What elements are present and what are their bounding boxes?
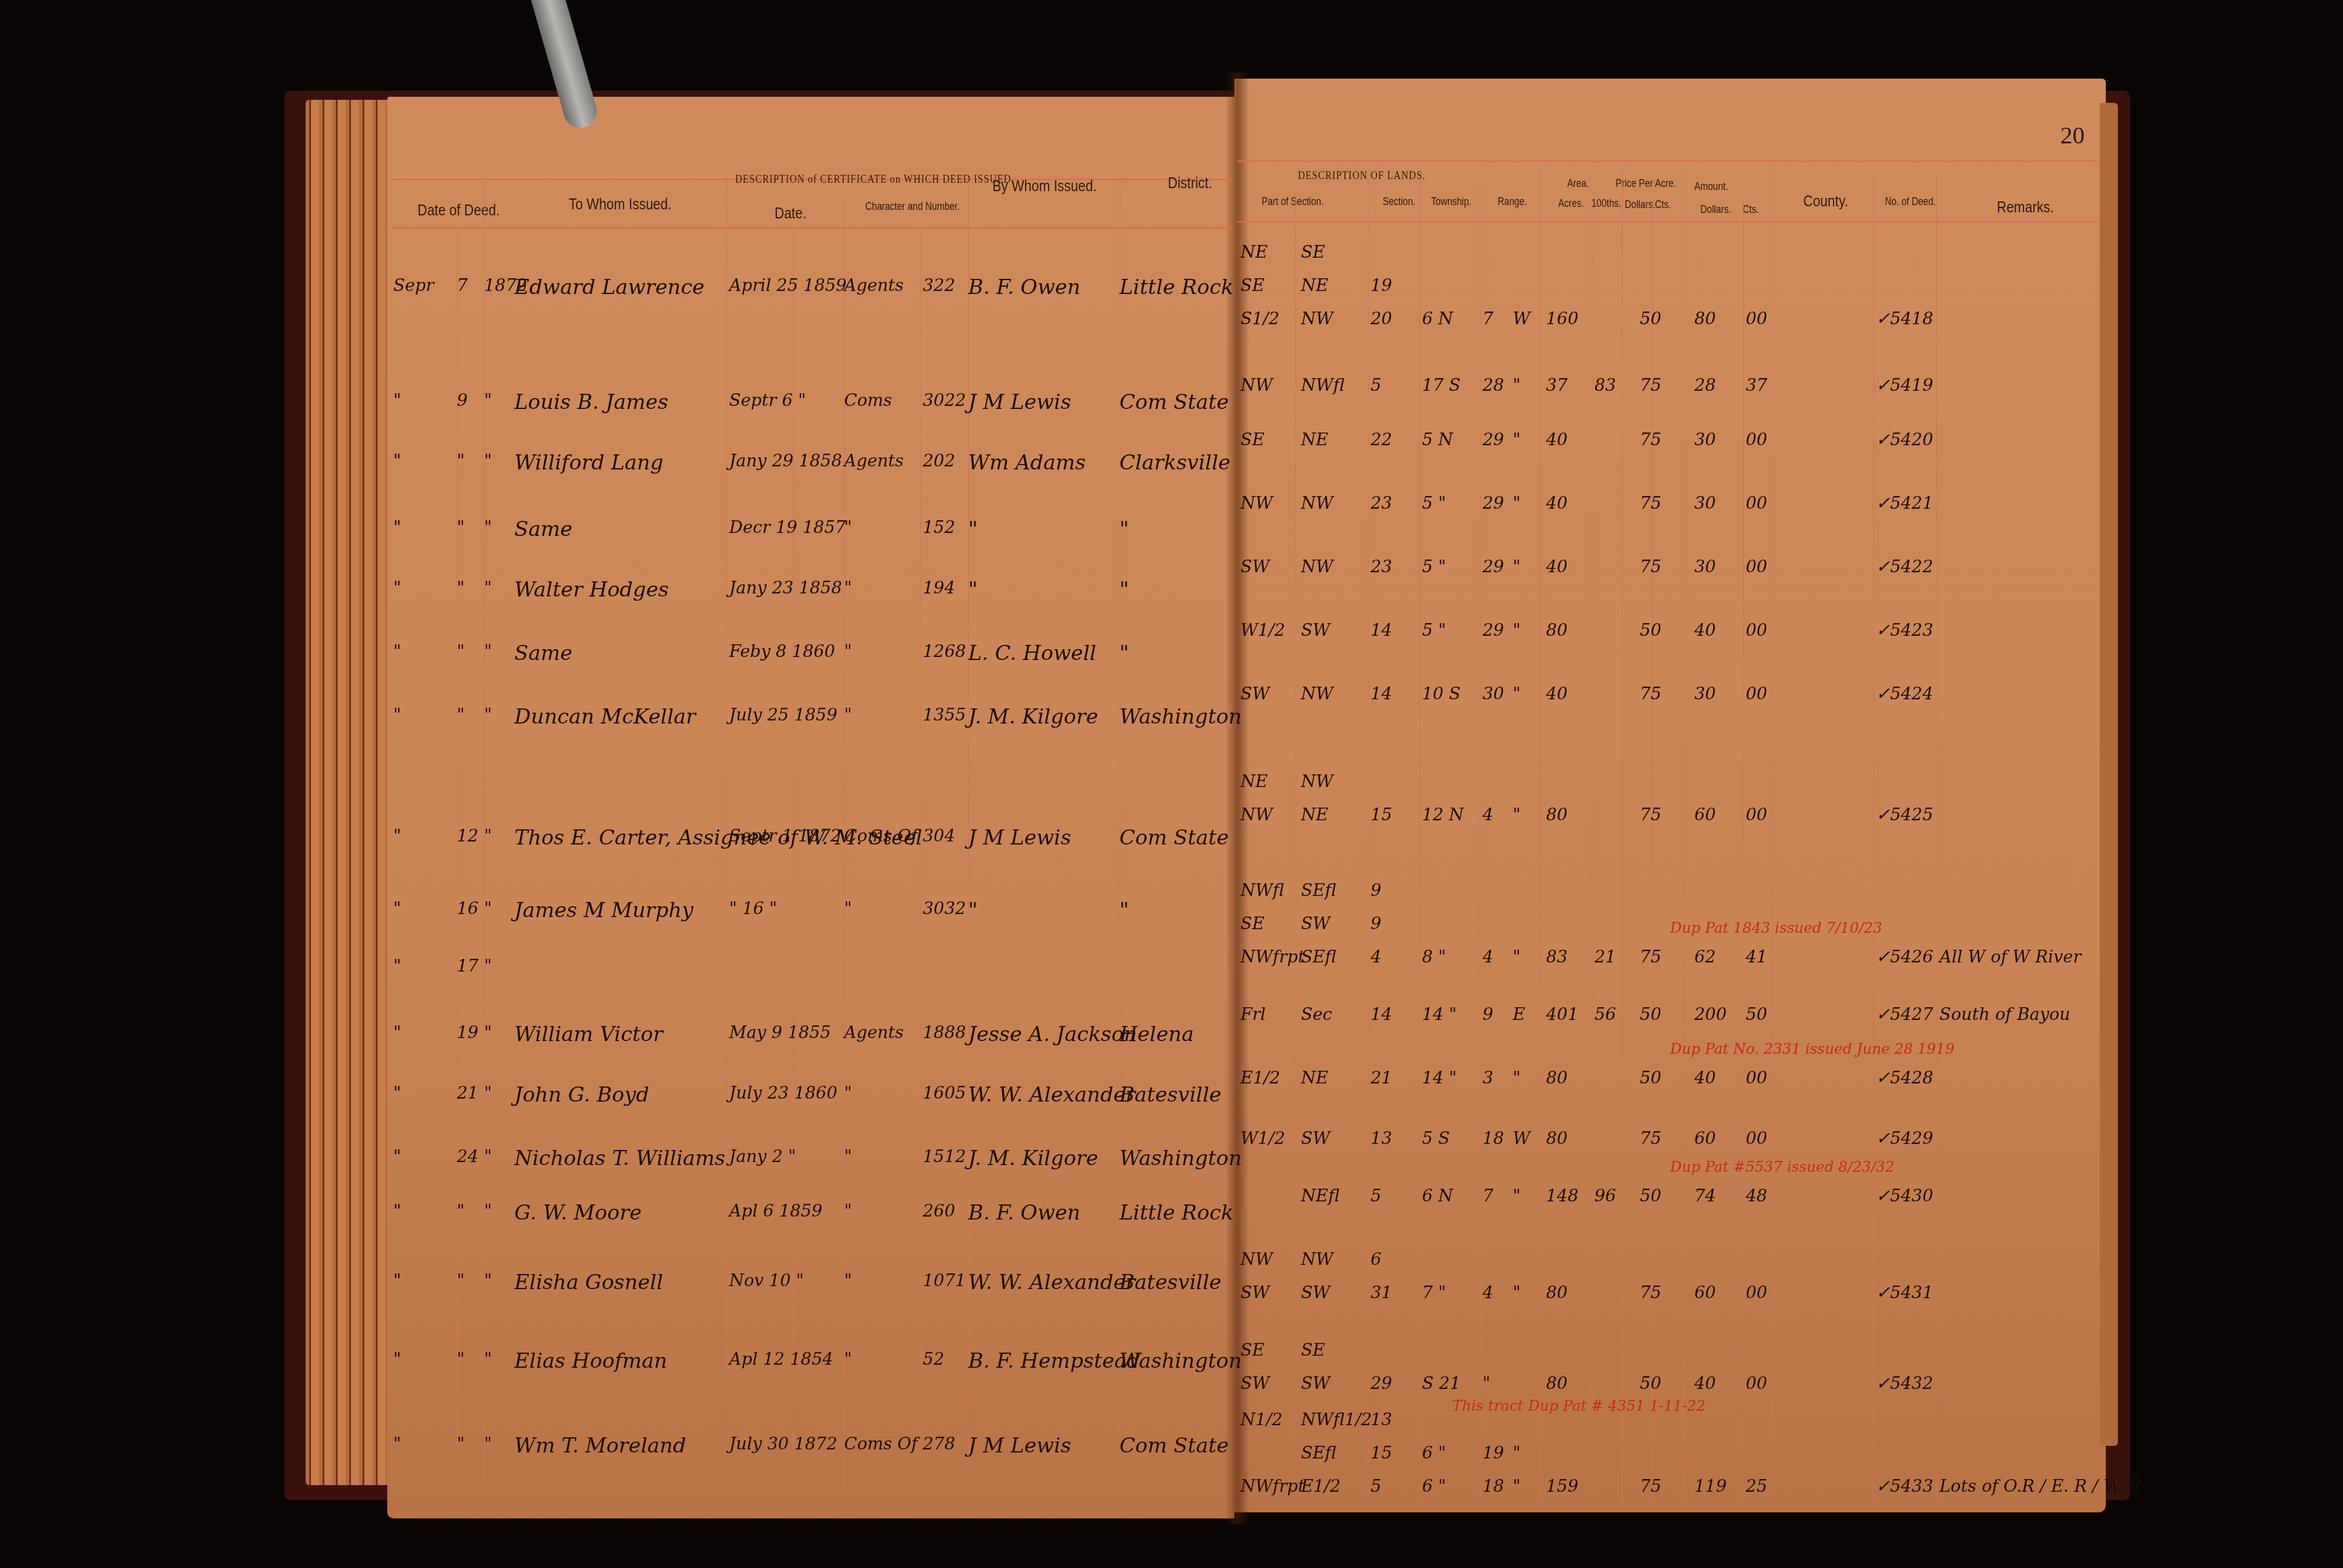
cell-land-part: E [1513,1004,1525,1024]
cell-year: " [484,517,492,537]
cell-name: Louis B. James [514,390,668,414]
cell-land-part: " [1513,493,1521,513]
cell-amount-dollars: 62 [1694,947,1716,967]
cell-amount-cents: 00 [1746,1373,1768,1393]
cell-acres: 40 [1546,430,1568,449]
cell-issued-by: " [968,898,978,923]
cell-amount-dollars: 30 [1694,493,1716,513]
cell-name: Nicholas T. Williams [514,1146,726,1171]
cell-character: " [844,578,852,598]
cell-land-part: 30 [1483,684,1504,704]
cell-land-part: SW [1240,557,1270,577]
cell-land-part: NWfl1/2 [1301,1410,1372,1429]
cell-issued-by: L. C. Howell [968,641,1096,665]
cell-land-part: 15 [1371,1443,1392,1463]
cell-amount-cents: 37 [1746,375,1768,395]
header-by-whom-issued: By Whom Issued. [992,177,1096,195]
cell-land-part: 6 " [1422,1443,1446,1463]
cell-day: " [457,705,465,725]
cell-land-part: 4 [1483,947,1493,967]
left-page [387,97,1234,1518]
cell-issued-by: B. F. Hempstead [968,1349,1140,1373]
cell-number: 1512 [923,1146,966,1166]
cell-character: Agents [844,451,903,471]
cell-land-part: 6 N [1422,309,1453,328]
cell-land-part: 19 [1371,275,1392,295]
cell-number: 3032 [923,898,966,918]
cell-day: " [457,451,465,471]
cell-land-part: " [1513,620,1521,640]
cell-land-part: 6 N [1422,1186,1453,1206]
cell-number: 1355 [923,705,966,725]
cell-issued-by: W. W. Alexander [968,1270,1135,1295]
cell-issued-by: J. M. Kilgore [968,705,1098,729]
header-range: Range. [1498,195,1527,207]
cell-land-part: 4 [1483,1282,1493,1302]
cell-amount-dollars: 80 [1694,309,1716,328]
cell-character: " [844,1083,852,1103]
cell-land-part: NW [1301,771,1333,791]
cell-cert-date: Septr 6 " [729,390,806,410]
cell-land-part: SW [1301,620,1330,640]
header-deed-no: No. of Deed. [1885,195,1936,207]
cell-year: " [484,1083,492,1103]
cell-land-part: NE [1301,275,1328,295]
cell-deed-no: ✓5433 [1876,1476,1933,1496]
cell-land-part: " [1513,1068,1521,1088]
cell-land-part: 6 " [1422,1476,1446,1496]
cell-year: " [484,826,492,846]
cell-land-part: SE [1301,242,1325,262]
cell-land-part: 18 [1483,1476,1504,1496]
cell-land-part: SW [1301,1373,1330,1393]
cell-land-part: SEfl [1301,880,1336,900]
cell-number: 260 [923,1201,955,1221]
col-divider [1540,169,1541,1500]
cell-year: " [484,705,492,725]
cell-number: 194 [923,578,955,598]
cell-issued-by: J M Lewis [968,826,1071,850]
header-rule-bottom [1237,221,2097,223]
cell-year: " [484,451,492,471]
col-divider [920,230,921,1488]
cell-deed-no: ✓5426 [1876,947,1933,967]
cell-name: Edward Lawrence [514,275,704,299]
cell-land-part: NE [1240,242,1268,262]
cell-hundredths: 21 [1594,947,1616,967]
cell-deed-no: ✓5427 [1876,1004,1933,1024]
cell-land-part: " [1513,1186,1521,1206]
cell-cert-date: July 25 1859 [729,705,837,725]
cell-price: 50 [1640,309,1662,328]
header-district: District. [1168,174,1212,192]
cell-day: " [457,578,465,598]
cell-month: " [393,1434,401,1454]
cell-land-part: SE [1240,913,1265,933]
cell-land-part: NW [1301,493,1333,513]
header-price-group: Price Per Acre. [1616,177,1676,189]
cell-year: " [484,1201,492,1221]
cell-year: " [484,641,492,661]
cell-deed-no: ✓5420 [1876,430,1933,449]
cell-cert-date: Apl 6 1859 [729,1201,822,1221]
cell-deed-no: ✓5429 [1876,1128,1933,1148]
cell-year: " [484,1022,492,1042]
cell-district: Washington [1119,1146,1242,1171]
cell-land-part: 23 [1371,557,1392,577]
col-divider [1368,181,1369,1500]
header-lands-group: DESCRIPTION OF LANDS. [1298,169,1426,183]
cell-price: 50 [1640,620,1662,640]
cell-price: 75 [1640,947,1662,967]
header-certificate-group: DESCRIPTION of CERTIFICATE on WHICH DEED… [735,173,1014,186]
page-edge-right [2100,103,2118,1446]
cell-issued-by: " [968,578,978,602]
col-divider [1622,169,1623,1500]
col-divider [1743,200,1744,1500]
cell-character: " [844,1201,852,1221]
cell-character: " [844,641,852,661]
cell-number: 1888 [923,1022,966,1042]
cell-district: Little Rock [1119,275,1233,299]
cell-day: 12 [457,826,479,846]
cell-hundredths: 83 [1594,375,1616,395]
cell-cert-date: Septr 1 1872 [729,826,841,846]
cell-issued-by: J M Lewis [968,390,1071,414]
cell-land-part: NW [1240,375,1273,395]
cell-name: Elisha Gosnell [514,1270,663,1295]
cell-land-part: 5 S [1422,1128,1450,1148]
header-remarks: Remarks. [1997,198,2054,217]
cell-day: 24 [457,1146,479,1166]
cell-land-part: N1/2 [1240,1410,1283,1429]
cell-land-part: SW [1301,1282,1330,1302]
cell-land-part: SE [1301,1340,1325,1360]
header-acres: Acres. [1558,197,1584,209]
cell-district: " [1119,517,1129,541]
header-amount-cents: Cts. [1743,203,1759,215]
cell-amount-cents: 41 [1746,947,1768,967]
cell-month: " [393,1022,401,1042]
cell-land-part: NE [1240,771,1268,791]
cell-district: Little Rock [1119,1201,1233,1225]
cell-number: 278 [923,1434,955,1454]
cell-land-part: NW [1240,805,1273,825]
cell-year: " [484,1434,492,1454]
cell-land-part: 5 " [1422,557,1446,577]
cell-district: Clarksville [1119,451,1230,475]
header-character-number: Character and Number. [865,200,960,212]
header-to-whom-issued: To Whom Issued. [569,195,672,214]
cell-land-part: NWfl [1240,880,1284,900]
cell-land-part: W1/2 [1240,1128,1285,1148]
cell-land-part: 5 [1371,1476,1381,1496]
cell-land-part: 15 [1371,805,1392,825]
cell-cert-date: July 30 1872 [729,1434,837,1454]
cell-deed-no: ✓5425 [1876,805,1933,825]
cell-amount-cents: 00 [1746,684,1768,704]
cell-issued-by: J. M. Kilgore [968,1146,1098,1171]
cell-number: 152 [923,517,955,537]
cell-land-part: NEfl [1301,1186,1340,1206]
cell-day: " [457,517,465,537]
cell-amount-cents: 48 [1746,1186,1768,1206]
cell-land-part: 13 [1371,1128,1392,1148]
cell-land-part: W [1513,1128,1530,1148]
cell-character: " [844,1270,852,1290]
cell-deed-no: ✓5430 [1876,1186,1933,1206]
cell-land-part: 22 [1371,430,1392,449]
cell-day: 9 [457,390,468,410]
cell-district: Helena [1119,1022,1194,1047]
cell-amount-dollars: 40 [1694,620,1716,640]
cell-deed-no: ✓5419 [1876,375,1933,395]
cell-day: " [457,641,465,661]
cell-land-part: W [1513,309,1530,328]
cell-month: " [393,1201,401,1221]
cell-district: Com State [1119,1434,1229,1458]
cell-price: 50 [1640,1186,1662,1206]
cell-amount-dollars: 60 [1694,805,1716,825]
cell-land-part: 17 S [1422,375,1461,395]
cell-name: Wm T. Moreland [514,1434,686,1458]
cell-issued-by: J M Lewis [968,1434,1071,1458]
cell-amount-cents: 00 [1746,430,1768,449]
cell-amount-cents: 00 [1746,805,1768,825]
cell-district: Batesville [1119,1083,1221,1107]
cell-amount-cents: 25 [1746,1476,1768,1496]
cell-land-part: 23 [1371,493,1392,513]
cell-month: " [393,578,401,598]
cell-district: Washington [1119,705,1242,729]
cell-price: 75 [1640,1128,1662,1148]
cell-number: 1268 [923,641,966,661]
cell-land-part: NWfl [1301,375,1345,395]
cell-land-part: S 21 [1422,1373,1461,1393]
cell-land-part: 12 N [1422,805,1464,825]
cell-name: G. W. Moore [514,1201,641,1225]
cell-district: Com State [1119,826,1229,850]
header-county: County. [1803,192,1848,211]
cell-name: William Victor [514,1022,663,1047]
cell-deed-no: ✓5422 [1876,557,1933,577]
cell-land-part: Frl [1240,1004,1266,1024]
cell-price: 75 [1640,805,1662,825]
cell-district: Com State [1119,390,1229,414]
cell-amount-dollars: 74 [1694,1186,1716,1206]
cell-amount-cents: 50 [1746,1004,1768,1024]
cell-acres: 80 [1546,1282,1568,1302]
cell-land-part: 6 [1371,1249,1381,1269]
cell-number: 202 [923,451,955,471]
cell-land-part: 29 [1483,493,1504,513]
cell-deed-no: ✓5418 [1876,309,1933,328]
cell-acres: 80 [1546,1068,1568,1088]
cell-price: 50 [1640,1068,1662,1088]
cell-land-part: SW [1240,1282,1270,1302]
cell-land-part: 7 [1483,309,1493,328]
cell-amount-cents: 00 [1746,1282,1768,1302]
cell-remarks: Lots of O.R / E. R / W. R [1939,1476,2141,1496]
cell-day: " [457,1270,465,1290]
red-annotation: Dup Pat No. 2331 issued June 28 1919 [1670,1040,1955,1057]
header-section: Section. [1383,195,1415,207]
cell-land-part: 9 [1483,1004,1493,1024]
cell-amount-dollars: 200 [1694,1004,1726,1024]
cell-amount-dollars: 40 [1694,1068,1716,1088]
cell-amount-cents: 00 [1746,1128,1768,1148]
cell-amount-dollars: 60 [1694,1282,1716,1302]
header-cert-date: Date. [775,204,807,223]
cell-land-part: 29 [1483,430,1504,449]
cell-acres: 148 [1546,1186,1578,1206]
col-divider [1591,200,1593,1500]
cell-deed-no: ✓5421 [1876,493,1933,513]
col-divider [1295,194,1296,1494]
header-price-dollars: Dollars. [1625,198,1656,211]
cell-district: " [1119,578,1129,602]
cell-land-part: SE [1240,1340,1265,1360]
cell-issued-by: W. W. Alexander [968,1083,1135,1107]
cell-issued-by: Jesse A. Jackson [968,1022,1137,1047]
cell-land-part: " [1483,1373,1490,1393]
cell-land-part: " [1513,375,1521,395]
cell-cert-date: April 25 1859 [729,275,847,295]
red-annotation: Dup Pat 1843 issued 7/10/23 [1670,920,1883,936]
cell-acres: 83 [1546,947,1568,967]
cell-land-part: " [1513,557,1521,577]
cell-land-part: 4 [1371,947,1381,967]
cell-day: 16 [457,898,479,918]
cell-cert-date: Jany 29 1858 [729,451,842,471]
cell-year: " [484,956,492,976]
cell-month: " [393,517,401,537]
cell-acres: 80 [1546,1128,1568,1148]
cell-land-part: 4 [1483,805,1493,825]
cell-cert-date: Feby 8 1860 [729,641,835,661]
cell-character: " [844,1146,852,1166]
cell-character: Agents [844,1022,903,1042]
cell-land-part: SW [1301,913,1330,933]
cell-land-part: " [1513,1443,1521,1463]
cell-land-part: S1/2 [1240,309,1279,328]
cell-name: Walter Hodges [514,578,669,602]
cell-day: 19 [457,1022,479,1042]
cell-district: Batesville [1119,1270,1221,1295]
cell-amount-dollars: 30 [1694,430,1716,449]
header-part-of-section: Part of Section. [1262,195,1324,207]
cell-land-part: NE [1301,1068,1328,1088]
cell-remarks: All W of W River [1939,947,2081,967]
cell-price: 75 [1640,430,1662,449]
cell-land-part: 5 [1371,375,1381,395]
cell-month: " [393,898,401,918]
cell-land-part: SW [1240,1373,1270,1393]
cell-character: Coms Of [844,826,917,846]
cell-land-part: 13 [1371,1410,1392,1429]
cell-price: 75 [1640,684,1662,704]
cell-cert-date: Nov 10 " [729,1270,804,1290]
header-amount-group: Amount. [1694,180,1728,192]
cell-land-part: 5 " [1422,493,1446,513]
cell-cert-date: May 9 1855 [729,1022,831,1042]
header-rule-top [1237,160,2097,162]
cell-land-part: NW [1301,557,1333,577]
header-area-group: Area. [1567,177,1589,189]
red-annotation: Dup Pat #5537 issued 8/23/32 [1670,1158,1895,1175]
col-divider [1419,181,1420,1500]
cell-district: " [1119,641,1129,665]
cell-acres: 40 [1546,684,1568,704]
cell-acres: 80 [1546,620,1568,640]
cell-deed-no: ✓5423 [1876,620,1933,640]
cell-land-part: NW [1301,1249,1333,1269]
cell-price: 75 [1640,557,1662,577]
cell-cert-date: Jany 2 " [729,1146,796,1166]
cell-land-part: SW [1301,1128,1330,1148]
cell-day: 7 [457,275,468,295]
cell-day: 21 [457,1083,479,1103]
cell-cert-date: Apl 12 1854 [729,1349,833,1369]
cell-remarks: South of Bayou [1939,1004,2070,1024]
col-divider [1773,169,1774,1500]
cell-month: " [393,451,401,471]
cell-district: Washington [1119,1349,1242,1373]
col-divider [1682,169,1683,1500]
cell-land-part: NW [1240,493,1273,513]
page-number: 20 [2060,121,2085,149]
cell-land-part: " [1513,684,1521,704]
cell-price: 75 [1640,375,1662,395]
cell-amount-dollars: 60 [1694,1128,1716,1148]
cell-land-part: 28 [1483,375,1504,395]
cell-land-part: " [1513,947,1521,967]
cell-amount-dollars: 30 [1694,557,1716,577]
cell-amount-cents: 00 [1746,493,1768,513]
right-page [1234,79,2106,1512]
cell-amount-dollars: 40 [1694,1373,1716,1393]
cell-land-part: 14 " [1422,1004,1457,1024]
cell-land-part: " [1513,1282,1521,1302]
cell-cert-date: Decr 19 1857 [729,517,846,537]
cell-name: Williford Lang [514,451,663,475]
cell-deed-no: ✓5432 [1876,1373,1933,1393]
cell-day: 17 [457,956,479,976]
cell-land-part: 21 [1371,1068,1392,1088]
cell-acres: 40 [1546,493,1568,513]
cell-month: Sepr [393,275,434,295]
cell-land-part: NWfrpt [1240,1476,1305,1496]
cell-month: " [393,705,401,725]
cell-issued-by: B. F. Owen [968,275,1081,299]
cell-month: " [393,641,401,661]
red-annotation: This tract Dup Pat # 4351 1-11-22 [1452,1397,1706,1414]
cell-year: " [484,1146,492,1166]
cell-land-part: 10 S [1422,684,1461,704]
cell-character: Agents [844,275,903,295]
cell-year: " [484,898,492,918]
cell-land-part: 14 [1371,1004,1392,1024]
cell-land-part: 9 [1371,880,1381,900]
cell-price: 50 [1640,1373,1662,1393]
cell-land-part: 5 N [1422,430,1453,449]
cell-number: 52 [923,1349,945,1369]
cell-year: " [484,390,492,410]
cell-price: 75 [1640,1476,1662,1496]
cell-land-part: 31 [1371,1282,1392,1302]
cell-land-part: 29 [1483,557,1504,577]
cell-land-part: SEfl [1301,1443,1336,1463]
